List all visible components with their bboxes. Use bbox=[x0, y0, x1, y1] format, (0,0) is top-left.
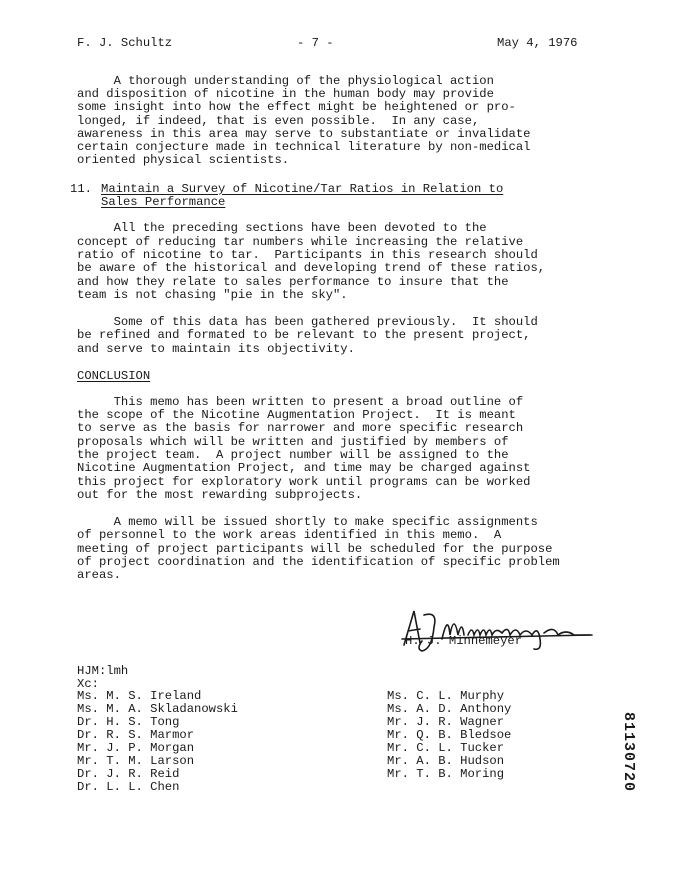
distribution-item: Dr. L. L. Chen bbox=[77, 781, 179, 794]
conclusion-heading: CONCLUSION bbox=[77, 369, 150, 383]
text-line: of project coordination and the identifi… bbox=[77, 556, 560, 569]
text-line: out for the most rewarding subprojects. bbox=[77, 489, 362, 502]
text-line: team is not chasing "pie in the sky". bbox=[77, 289, 348, 302]
typist-initials: HJM:lmh bbox=[77, 664, 128, 678]
distribution-item: Mr. T. B. Moring bbox=[387, 768, 504, 781]
header-author: F. J. Schultz bbox=[77, 36, 172, 50]
signatory-name: H. J. Minnemeyer bbox=[405, 634, 522, 648]
text-line: some insight into how the effect might b… bbox=[77, 101, 516, 114]
document-id-stamp: 81130720 bbox=[620, 712, 637, 792]
text-line: be aware of the historical and developin… bbox=[77, 262, 545, 275]
section-title-line2: Sales Performance bbox=[101, 195, 225, 209]
section-number: 11. bbox=[70, 182, 92, 196]
text-line: oriented physical scientists. bbox=[77, 154, 289, 167]
text-line: to serve as the basis for narrower and m… bbox=[77, 422, 523, 435]
text-line: All the preceding sections have been dev… bbox=[77, 222, 487, 235]
text-line: of personnel to the work areas identifie… bbox=[77, 529, 501, 542]
header-date: May 4, 1976 bbox=[497, 36, 577, 50]
text-line: Nicotine Augmentation Project, and time … bbox=[77, 462, 530, 475]
text-line: and serve to maintain its objectivity. bbox=[77, 343, 355, 356]
text-line: be refined and formated to be relevant t… bbox=[77, 329, 530, 342]
section-title-line1: Maintain a Survey of Nicotine/Tar Ratios… bbox=[101, 182, 503, 196]
page-number: - 7 - bbox=[297, 36, 334, 50]
text-line: areas. bbox=[77, 569, 121, 582]
